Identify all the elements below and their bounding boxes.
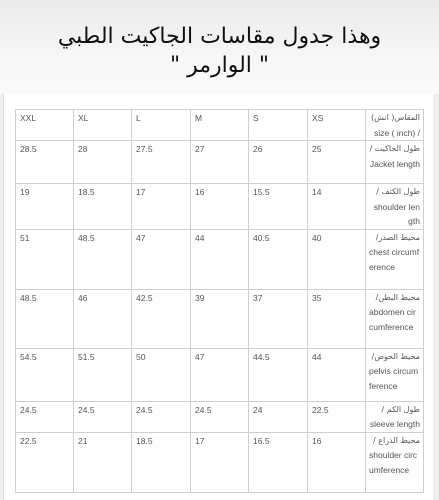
- cell-value: 17: [132, 184, 191, 230]
- title-line-2: " الوارمر ": [0, 51, 439, 80]
- row-label: محيط الذراع / shoulder circumference: [366, 432, 424, 492]
- right-edge: [433, 94, 439, 500]
- row-label: محيط الصدر/ chest circumference: [366, 229, 424, 289]
- cell-value: 28.5: [16, 141, 74, 184]
- cell-value: 17: [191, 432, 249, 492]
- cell-value: 16.5: [249, 432, 308, 492]
- size-chart-table: XXL XL L M S XS المقاس( انش) size ( inch…: [15, 109, 424, 493]
- cell-value: 44: [191, 229, 249, 289]
- label-ar: محيط الصدر/: [369, 231, 420, 246]
- cell-value: 47: [191, 348, 249, 401]
- cell-value: 47: [132, 229, 191, 289]
- cell-value: 27: [191, 141, 249, 184]
- cell-value: 24.5: [74, 401, 132, 432]
- cell-value: 24.5: [191, 401, 249, 432]
- cell-value: 26: [249, 141, 308, 184]
- label-en: pelvis circumference: [369, 364, 420, 393]
- cell-value: 22.5: [16, 432, 74, 492]
- cell-value: 35: [308, 289, 366, 348]
- table-row: 22.5 21 18.5 17 16.5 16 محيط الذراع / sh…: [16, 432, 424, 492]
- row-label: طول الجاكيت / Jacket length: [366, 141, 424, 184]
- label-ar: طول الكم /: [369, 403, 420, 418]
- row-label: طول الكم / sleeve length: [366, 401, 424, 432]
- cell-value: 22.5: [308, 401, 366, 432]
- cell-value: 24: [249, 401, 308, 432]
- label-ar: محيط البطن/: [369, 291, 420, 306]
- cell-value: 51: [16, 229, 74, 289]
- label-en: shoulder circumference: [369, 448, 420, 477]
- label-ar: طول الجاكيت /: [369, 142, 420, 157]
- cell-value: 48.5: [16, 289, 74, 348]
- label-ar: طول الكتف /: [369, 185, 420, 200]
- header: وهذا جدول مقاسات الجاكيت الطبي " الوارمر…: [0, 0, 439, 94]
- cell-value: 18.5: [74, 184, 132, 230]
- cell-value: 54.5: [16, 348, 74, 401]
- size-l: L: [132, 110, 191, 141]
- cell-value: 27.5: [132, 141, 191, 184]
- row-label: محيط البطن/ abdomen circumference: [366, 289, 424, 348]
- row-label: محيط الحوض/ pelvis circumference: [366, 348, 424, 401]
- cell-value: 44: [308, 348, 366, 401]
- size-xxl: XXL: [16, 110, 74, 141]
- label-ar: محيط الذراع /: [369, 434, 420, 449]
- size-chart-frame: XXL XL L M S XS المقاس( انش) size ( inch…: [3, 94, 434, 500]
- size-xl: XL: [74, 110, 132, 141]
- cell-value: 39: [191, 289, 249, 348]
- table-header-row: XXL XL L M S XS المقاس( انش) size ( inch…: [16, 110, 424, 141]
- cell-value: 16: [191, 184, 249, 230]
- cell-value: 14: [308, 184, 366, 230]
- cell-value: 40: [308, 229, 366, 289]
- page-title: وهذا جدول مقاسات الجاكيت الطبي " الوارمر…: [0, 22, 439, 80]
- label-en: shoulder length: [374, 202, 420, 227]
- title-line-1: وهذا جدول مقاسات الجاكيت الطبي: [0, 22, 439, 51]
- header-label: المقاس( انش) size ( inch) /: [366, 110, 424, 141]
- size-s: S: [249, 110, 308, 141]
- label-en: abdomen circumference: [369, 305, 420, 334]
- table-row: 48.5 46 42.5 39 37 35 محيط البطن/ abdome…: [16, 289, 424, 348]
- row-label: طول الكتف / shoulder length: [366, 184, 424, 230]
- cell-value: 51.5: [74, 348, 132, 401]
- table-row: 54.5 51.5 50 47 44.5 44 محيط الحوض/ pelv…: [16, 348, 424, 401]
- table-row: 19 18.5 17 16 15.5 14 طول الكتف / should…: [16, 184, 424, 230]
- label-ar: المقاس( انش): [369, 111, 420, 126]
- size-xs: XS: [308, 110, 366, 141]
- label-en: chest circumference: [369, 245, 420, 274]
- cell-value: 46: [74, 289, 132, 348]
- cell-value: 37: [249, 289, 308, 348]
- cell-value: 16: [308, 432, 366, 492]
- table-row: 51 48.5 47 44 40.5 40 محيط الصدر/ chest …: [16, 229, 424, 289]
- label-en: size ( inch) /: [374, 128, 420, 138]
- table-row: 28.5 28 27.5 27 26 25 طول الجاكيت / Jack…: [16, 141, 424, 184]
- cell-value: 40.5: [249, 229, 308, 289]
- cell-value: 15.5: [249, 184, 308, 230]
- cell-value: 25: [308, 141, 366, 184]
- cell-value: 44.5: [249, 348, 308, 401]
- label-en: Jacket length: [370, 159, 420, 169]
- cell-value: 18.5: [132, 432, 191, 492]
- table-row: 24.5 24.5 24.5 24.5 24 22.5 طول الكم / s…: [16, 401, 424, 432]
- size-m: M: [191, 110, 249, 141]
- cell-value: 19: [16, 184, 74, 230]
- cell-value: 24.5: [132, 401, 191, 432]
- label-en: sleeve length: [370, 419, 420, 429]
- cell-value: 24.5: [16, 401, 74, 432]
- cell-value: 21: [74, 432, 132, 492]
- label-ar: محيط الحوض/: [369, 350, 420, 365]
- cell-value: 28: [74, 141, 132, 184]
- cell-value: 48.5: [74, 229, 132, 289]
- cell-value: 50: [132, 348, 191, 401]
- cell-value: 42.5: [132, 289, 191, 348]
